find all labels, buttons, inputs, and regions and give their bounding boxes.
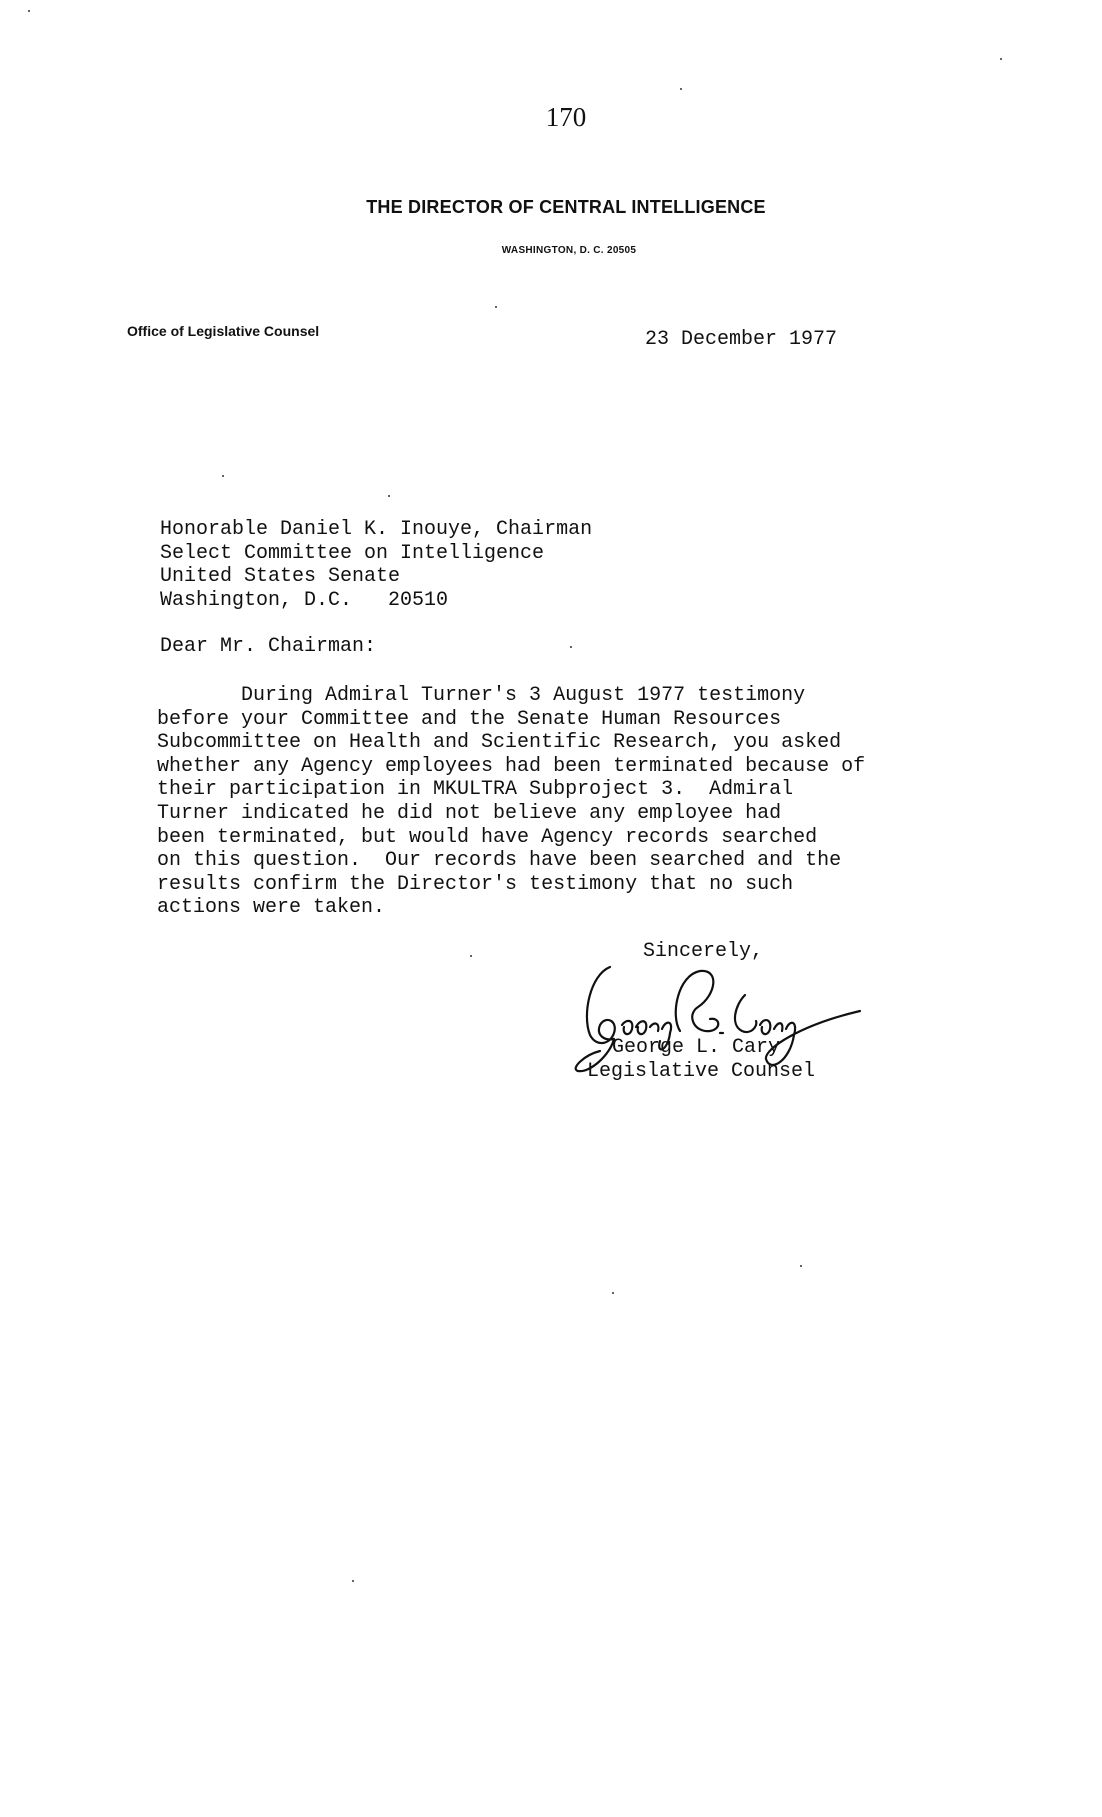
body-line: Turner indicated he did not believe any … <box>157 802 865 826</box>
body-line: whether any Agency employees had been te… <box>157 755 865 779</box>
recipient-block: Honorable Daniel K. Inouye, ChairmanSele… <box>160 518 592 612</box>
signer-name: George L. Cary <box>612 1036 780 1060</box>
scan-speck <box>352 1580 354 1582</box>
scan-speck <box>470 955 472 957</box>
recipient-line: Select Committee on Intelligence <box>160 542 592 566</box>
body-line: on this question. Our records have been … <box>157 849 865 873</box>
body-line: During Admiral Turner's 3 August 1977 te… <box>157 684 865 708</box>
scan-speck <box>28 10 30 12</box>
scan-speck <box>800 1265 802 1267</box>
recipient-line: Honorable Daniel K. Inouye, Chairman <box>160 518 592 542</box>
body-line: their participation in MKULTRA Subprojec… <box>157 778 865 802</box>
letterhead-title: THE DIRECTOR OF CENTRAL INTELLIGENCE <box>0 197 1102 218</box>
body-line: before your Committee and the Senate Hum… <box>157 708 865 732</box>
letterhead-address: WASHINGTON, D. C. 20505 <box>0 245 1102 256</box>
office-name: Office of Legislative Counsel <box>127 323 319 339</box>
recipient-line: Washington, D.C. 20510 <box>160 589 592 613</box>
salutation: Dear Mr. Chairman: <box>160 635 376 659</box>
letter-body: During Admiral Turner's 3 August 1977 te… <box>157 684 865 920</box>
recipient-line: United States Senate <box>160 565 592 589</box>
scan-speck <box>495 306 497 308</box>
body-line: Subcommittee on Health and Scientific Re… <box>157 731 865 755</box>
scan-speck <box>222 475 224 477</box>
scan-speck <box>570 646 572 648</box>
body-line: actions were taken. <box>157 896 865 920</box>
scan-speck <box>388 495 390 497</box>
scan-speck <box>1000 58 1002 60</box>
letter-date: 23 December 1977 <box>645 328 837 352</box>
scan-speck <box>680 88 682 90</box>
body-line: been terminated, but would have Agency r… <box>157 826 865 850</box>
page-number: 170 <box>0 102 1102 133</box>
signer-title: Legislative Counsel <box>587 1060 815 1084</box>
body-line: results confirm the Director's testimony… <box>157 873 865 897</box>
scan-speck <box>612 1292 614 1294</box>
